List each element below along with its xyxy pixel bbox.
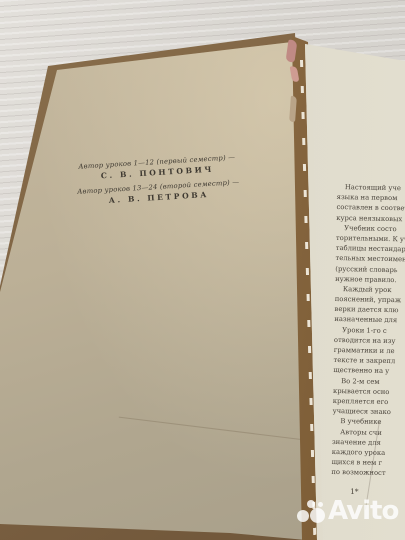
avito-watermark: Avito bbox=[295, 497, 405, 537]
avito-logo-dot-icon bbox=[318, 502, 323, 507]
avito-watermark-label: Avito bbox=[328, 496, 398, 526]
right-page-text: Настоящий учеязыка на первомсоставлен в … bbox=[331, 182, 405, 480]
signature-mark: 1* bbox=[350, 487, 359, 496]
avito-logo-dot-icon bbox=[297, 510, 309, 522]
book-photo: Автор уроков 1—12 (первый семестр) — С. … bbox=[0, 0, 405, 540]
avito-logo-dot-icon bbox=[307, 500, 315, 508]
avito-logo-dot-icon bbox=[310, 508, 325, 523]
